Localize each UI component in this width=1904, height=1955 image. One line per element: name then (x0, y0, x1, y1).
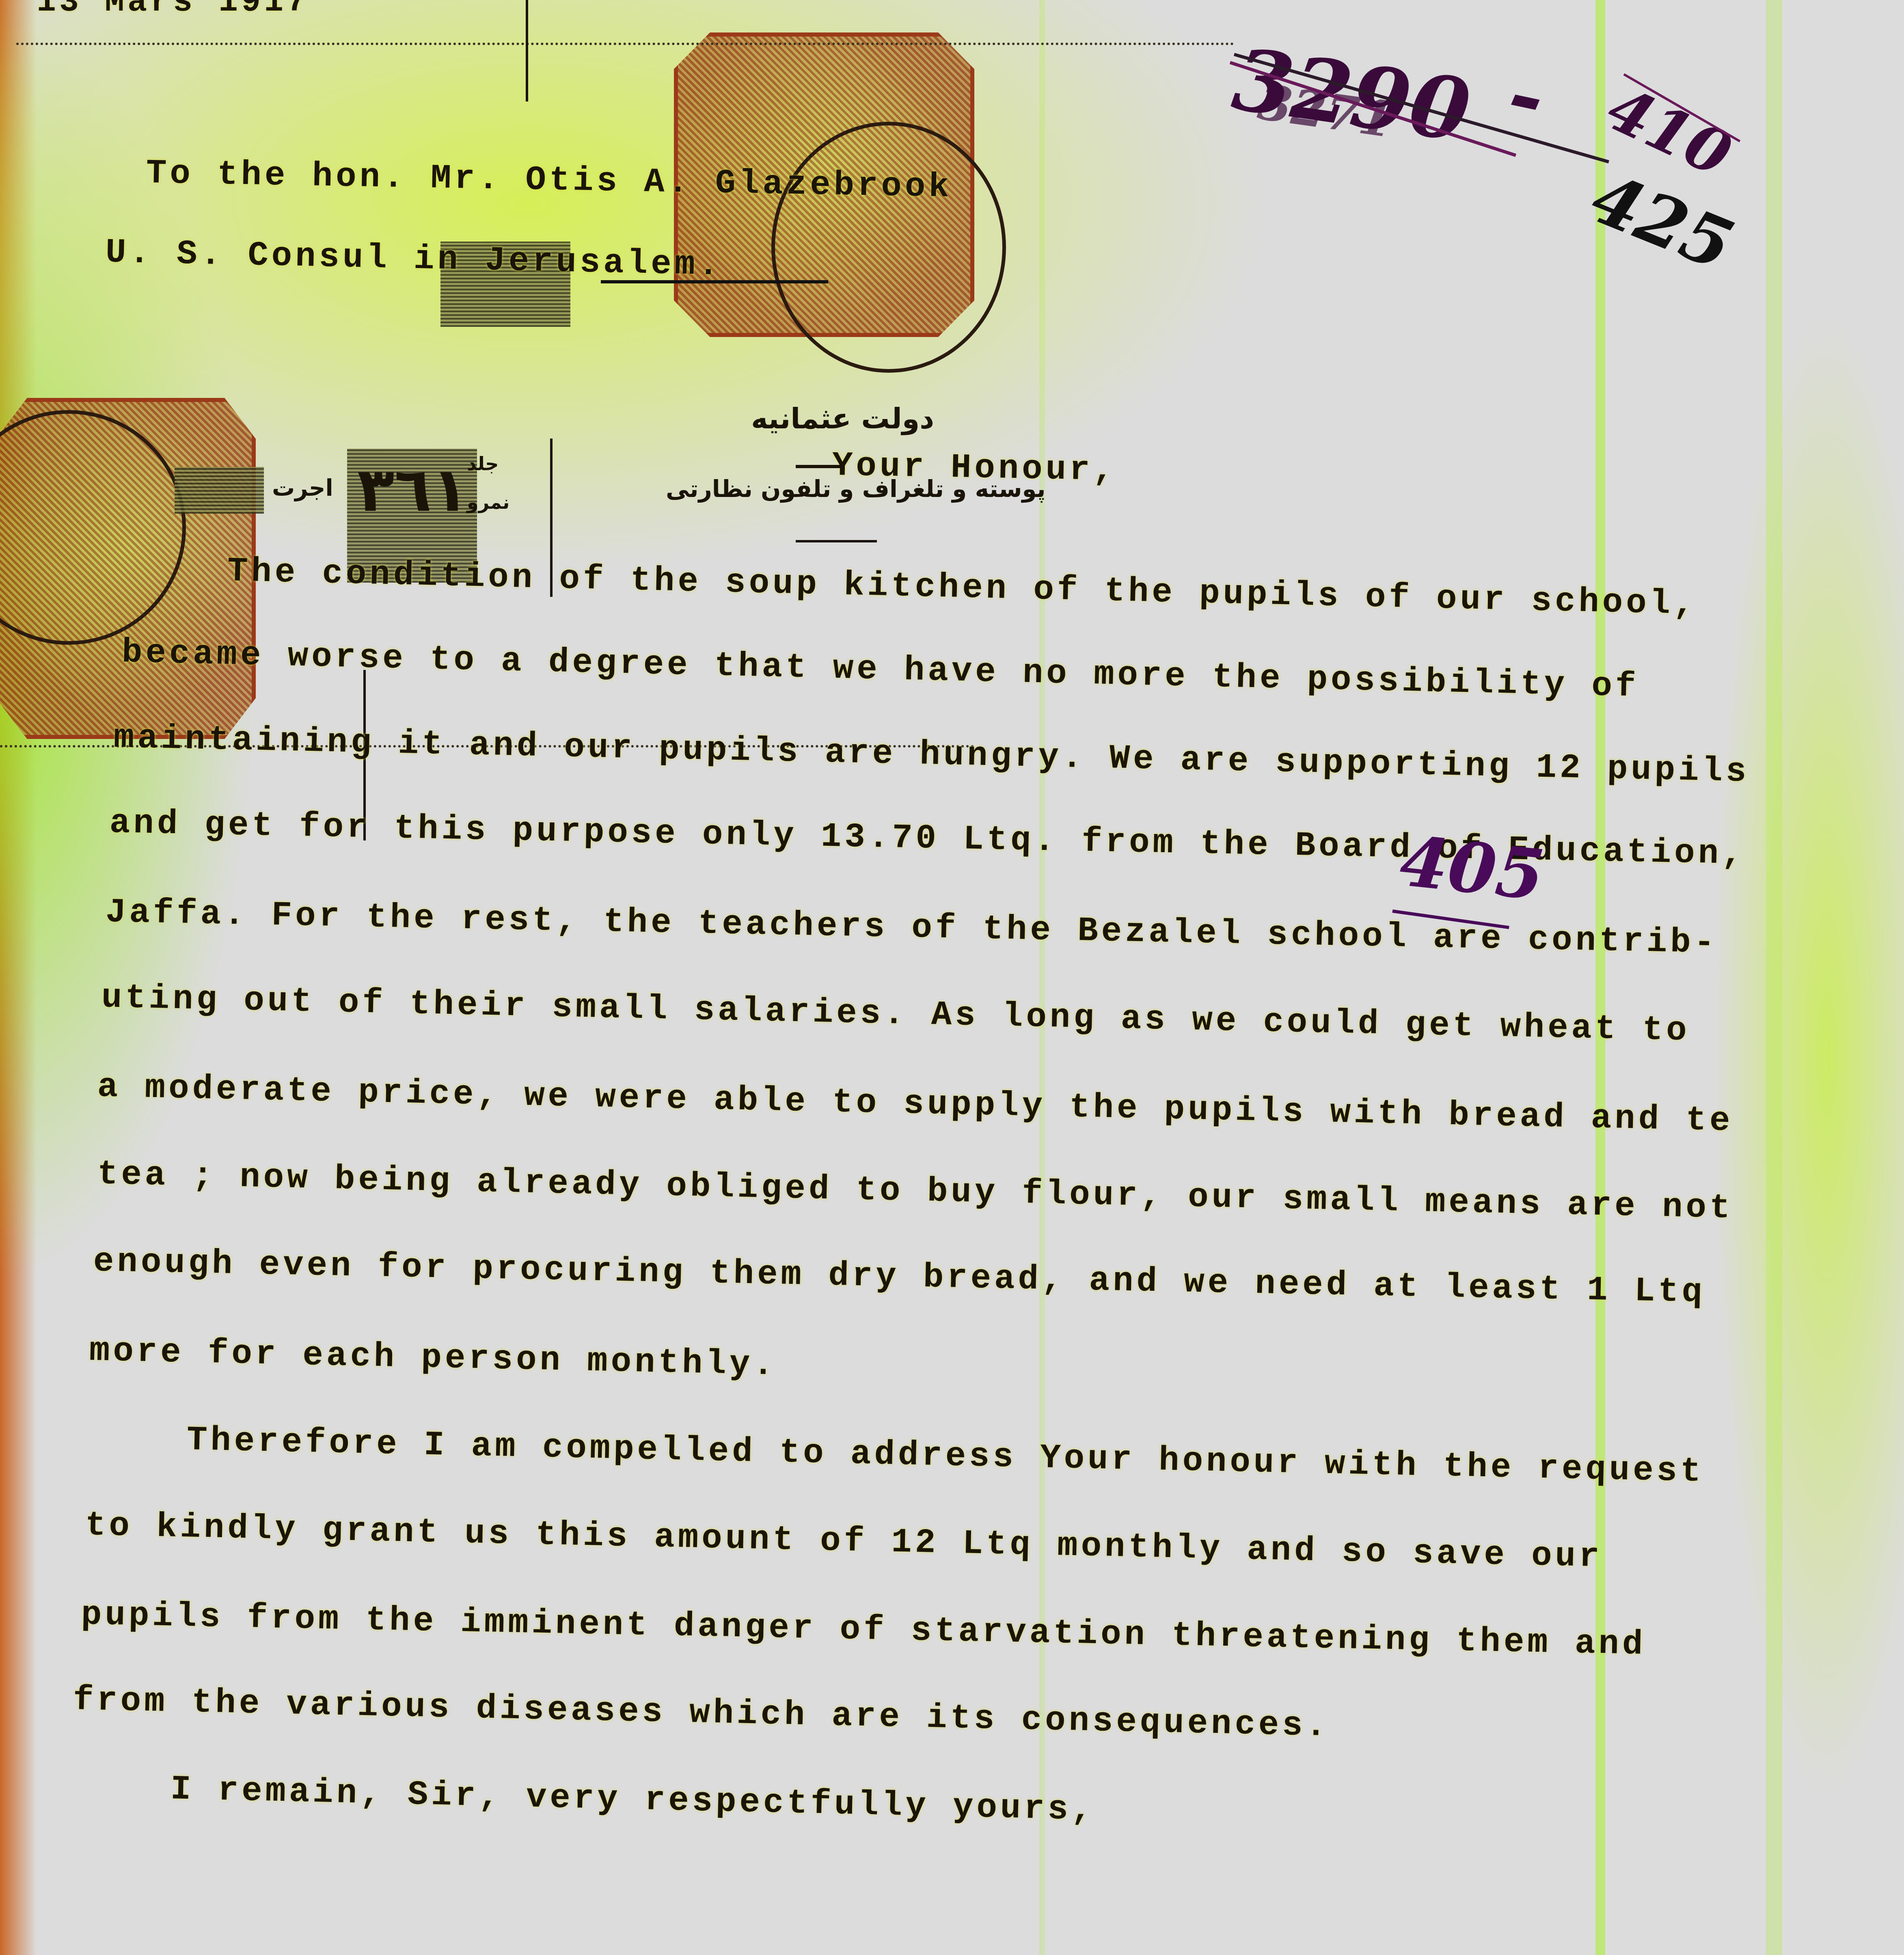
body-line: became worse to a degree that we have no… (121, 633, 1639, 706)
ornament-rule (796, 465, 840, 468)
registry-label: نمرو (467, 491, 509, 513)
postmark-top (771, 122, 1006, 373)
ornament-rule (796, 540, 877, 542)
body-line: uting out of their small salaries. As lo… (101, 979, 1690, 1050)
salutation: Your Honour, (832, 447, 1117, 490)
margin-number: 405 (1397, 821, 1548, 916)
body-line: Therefore I am compelled to address Your… (186, 1421, 1704, 1491)
fold-crease (1766, 0, 1782, 1955)
body-line: a moderate price, we were able to supply… (97, 1068, 1733, 1141)
addressee-line-2: U. S. Consul in Jerusalem. (105, 233, 722, 285)
fold-crease (1039, 0, 1045, 1955)
body-line: to kindly grant us this amount of 12 Ltq… (85, 1506, 1603, 1577)
body-line: from the various diseases which are its … (73, 1681, 1330, 1746)
closing: I remain, Sir, very respectfully yours, (170, 1770, 1095, 1830)
body-line: more for each person monthly. (89, 1332, 777, 1385)
body-line: enough even for procuring them dry bread… (93, 1242, 1706, 1312)
registry-number: ٣٦١ (357, 455, 469, 525)
registry-label: جلد (467, 453, 499, 475)
body-line: maintaining it and our pupils are hungry… (113, 719, 1750, 791)
body-line: The condition of the soup kitchen of the… (227, 552, 1698, 624)
ottoman-state-title: دولت عثمانیه (751, 402, 934, 435)
body-line: tea ; now being already obliged to buy f… (97, 1155, 1733, 1228)
fee-label: اجرت (272, 475, 333, 501)
bracket (526, 0, 534, 102)
registry-hatch-box (175, 467, 264, 514)
header-date: 13 Mars 1917 (37, 0, 309, 21)
underline (601, 280, 828, 283)
body-line: pupils from the imminent danger of starv… (81, 1596, 1646, 1664)
form-line (16, 43, 1234, 45)
